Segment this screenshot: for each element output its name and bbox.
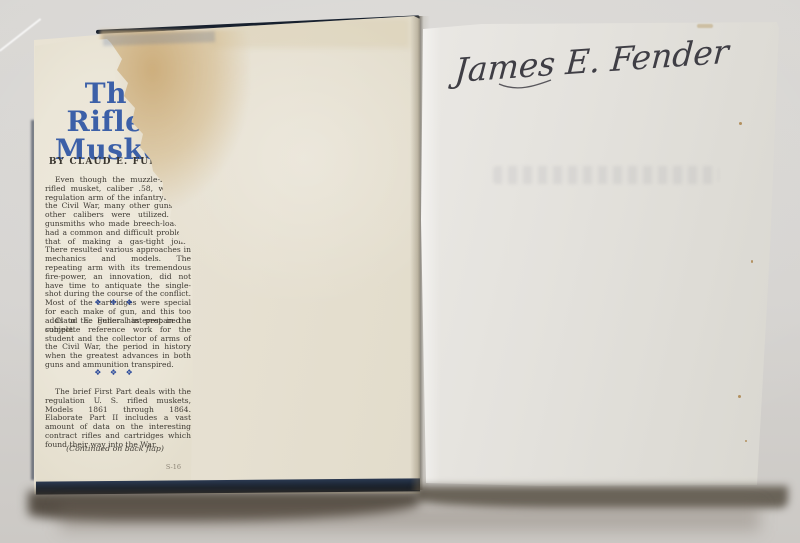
flap-paragraph-3: The brief First Part deals with the regu… [45, 388, 191, 450]
book-shadow-fade [60, 505, 760, 531]
book-photo: The Rifled Musket BY CLAUD E. FULLER Eve… [0, 0, 800, 543]
diamond-ornament: ❖ ❖ ❖ [35, 368, 195, 377]
owner-signature: James E. Fender [447, 26, 747, 106]
foxing-spot [739, 122, 742, 125]
diamond-ornament: ❖ ❖ ❖ [35, 298, 195, 307]
printer-code: S-16 [166, 463, 181, 471]
foxing-smear [697, 24, 713, 28]
foxing-spot [745, 440, 747, 442]
foxing-spot [738, 395, 741, 398]
signature-text: James E. Fender [448, 32, 733, 91]
show-through-smudge [493, 166, 719, 184]
continued-note: (Continued on back flap) [35, 444, 195, 453]
endpaper-page: James E. Fender [421, 20, 781, 488]
signature-ink: James E. Fender [447, 26, 747, 106]
flap-paragraph-2: Claud E. Fuller has prepared a complete … [45, 317, 191, 370]
foxing-spot [751, 260, 753, 263]
